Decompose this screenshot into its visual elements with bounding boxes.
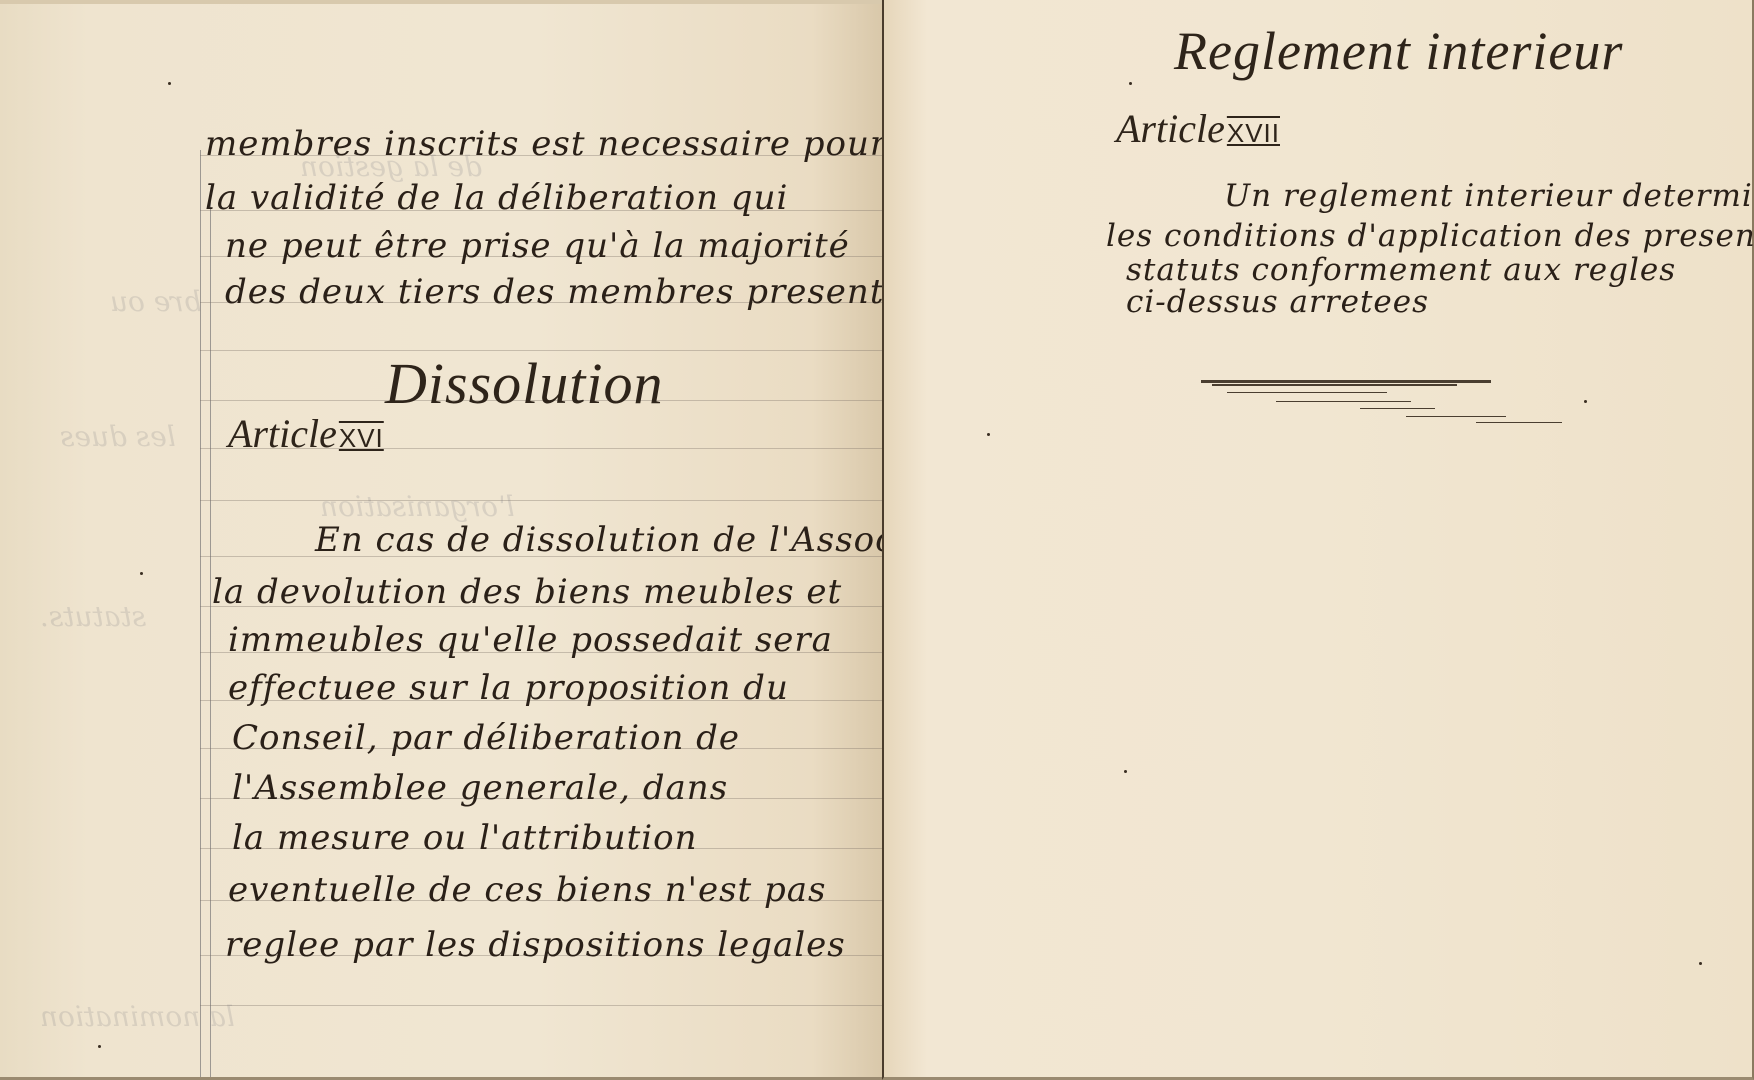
text-line: la validité de la déliberation qui [205, 178, 788, 218]
left-page: bre ou les dues statuts. de la gestion l… [0, 0, 882, 1080]
text-line: effectuee sur la proposition du [228, 668, 789, 708]
text-line: immeubles qu'elle possedait sera [228, 620, 833, 660]
article-number: XVII [1227, 118, 1280, 148]
text-line: l'Assemblee generale, dans [232, 768, 728, 808]
ruled-line [200, 500, 882, 501]
ink-speck [987, 433, 990, 436]
text-line: la devolution des biens meubles et [212, 572, 842, 612]
document-spread: bre ou les dues statuts. de la gestion l… [0, 0, 1754, 1080]
text-line: eventuelle de ces biens n'est pas [228, 870, 827, 910]
ink-speck [1699, 962, 1702, 965]
bleed-through-text: l'organisation [320, 490, 515, 523]
article-label: Article [228, 411, 337, 456]
text-line: ne peut être prise qu'à la majorité [225, 226, 850, 266]
text-line: Conseil, par déliberation de [232, 718, 740, 758]
text-line: membres inscrits est necessaire pour [205, 124, 887, 164]
text-line: reglee par les dispositions legales [225, 925, 846, 965]
article-label: Article [1116, 106, 1225, 151]
ink-speck [98, 1045, 101, 1048]
section-heading-dissolution: Dissolution [385, 350, 664, 417]
ink-speck [1584, 400, 1587, 403]
bleed-through-text: la nomination [40, 1000, 235, 1033]
bleed-through-text: les dues [60, 420, 176, 453]
ink-speck [140, 572, 143, 575]
ink-speck [1129, 82, 1132, 85]
text-line: statuts conformement aux regles [1126, 252, 1676, 288]
section-heading-reglement: Reglement interieur [1174, 20, 1623, 82]
article-number: XVI [339, 423, 384, 453]
text-line: les conditions d'application des present… [1106, 218, 1754, 254]
text-line: des deux tiers des membres presents. [225, 272, 915, 312]
article-heading: ArticleXVI [228, 410, 384, 457]
text-line: Un reglement interieur determinera [1224, 178, 1754, 214]
text-line: la mesure ou l'attribution [232, 818, 698, 858]
bleed-through-text: bre ou [110, 285, 202, 318]
ink-speck [1124, 770, 1127, 773]
right-page: Reglement interieur ArticleXVII Un regle… [882, 0, 1754, 1080]
page-top-edge [0, 0, 882, 4]
article-heading: ArticleXVII [1116, 105, 1280, 152]
text-line: ci-dessus arretees [1126, 284, 1429, 320]
bleed-through-text: statuts. [40, 600, 146, 633]
margin-line [210, 196, 211, 1077]
ink-speck [168, 82, 171, 85]
ruled-line [200, 1005, 882, 1006]
